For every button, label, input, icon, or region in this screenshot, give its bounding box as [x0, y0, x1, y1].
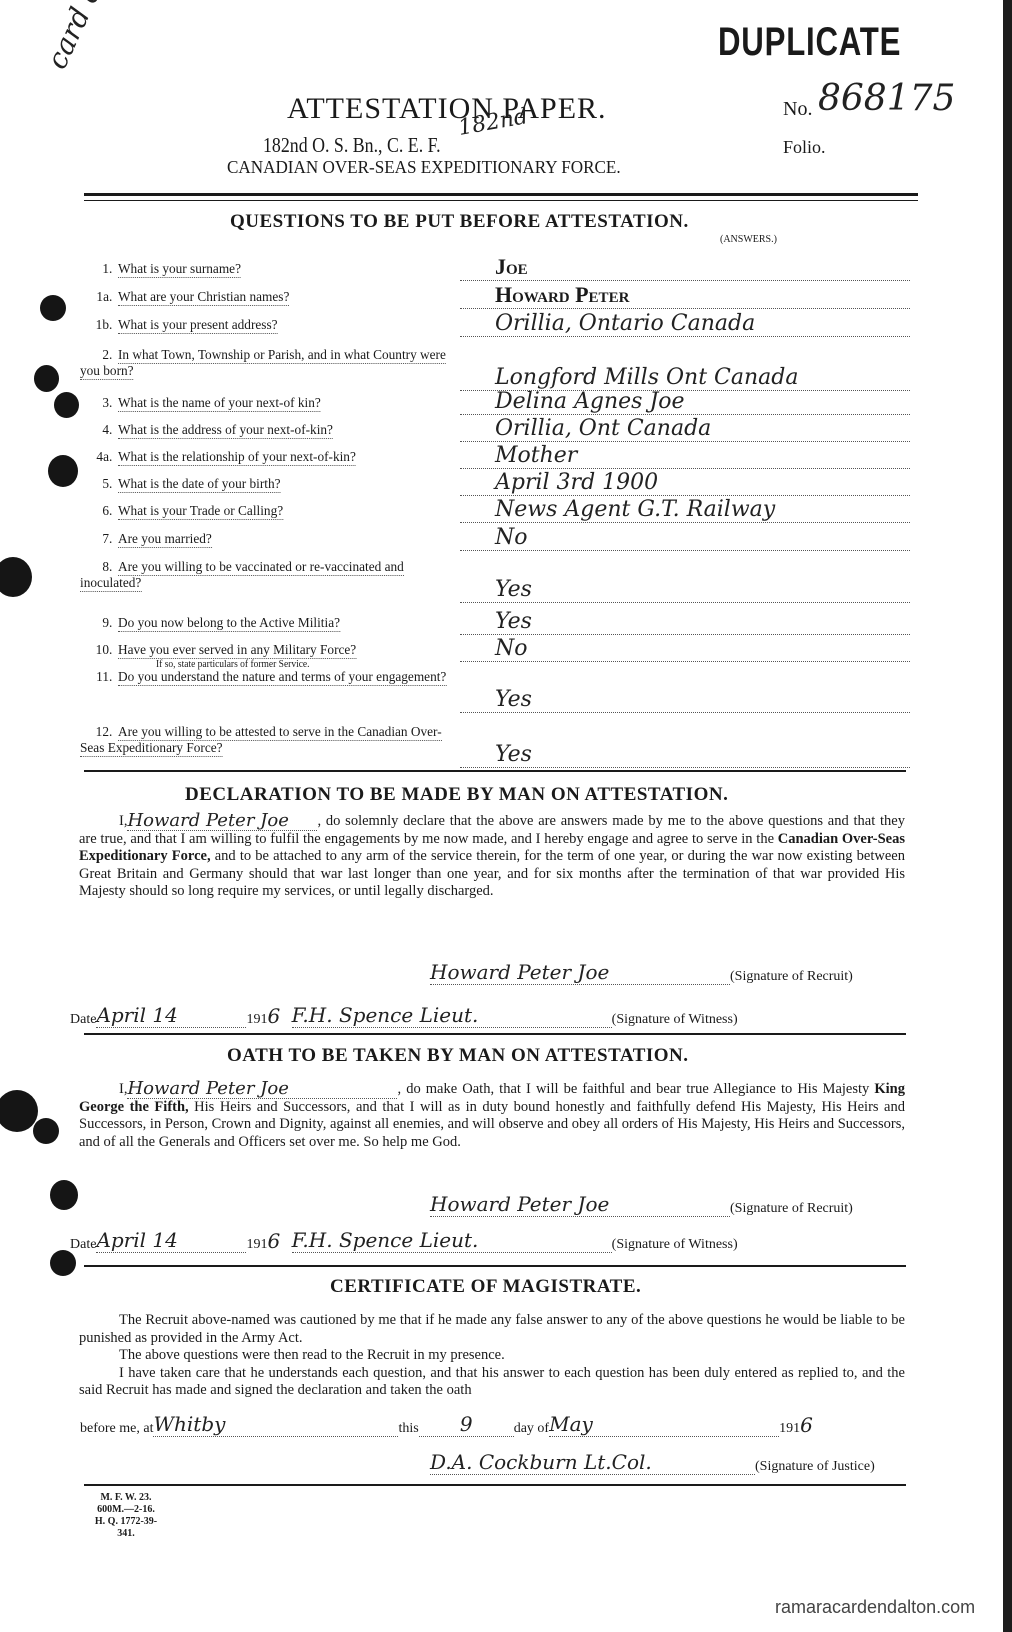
declaration-recruit-signature-line: Howard Peter Joe(Signature of Recruit)	[430, 960, 853, 985]
form-code: 600M.—2-16.	[88, 1504, 164, 1516]
answer-field: Yes	[460, 578, 910, 603]
answer-value: Yes	[495, 609, 532, 634]
question-row: 12.Are you willing to be attested to ser…	[80, 725, 460, 757]
answer-value: Howard Peter	[495, 282, 629, 308]
declaration-date-line: DateApril 141916 F.H. Spence Lieut.(Sign…	[70, 1003, 738, 1028]
witness-signature: F.H. Spence Lieut.	[292, 1003, 612, 1028]
answer-value: Joe	[495, 254, 528, 280]
answer-field: News Agent G.T. Railway	[460, 498, 910, 523]
answer-field: April 3rd 1900	[460, 471, 910, 496]
year-prefix: 191	[246, 1012, 267, 1027]
question-number: 3.	[80, 396, 112, 412]
answer-value: Longford Mills Ont Canada	[495, 365, 798, 390]
date-label: Date	[70, 1012, 96, 1027]
day-field: 9	[419, 1412, 514, 1437]
scan-edge-shadow	[1003, 0, 1012, 1632]
question-number: 6.	[80, 504, 112, 520]
answer-value: Delina Agnes Joe	[495, 389, 685, 414]
answer-field: Delina Agnes Joe	[460, 390, 910, 415]
recruit-signature: Howard Peter Joe	[430, 960, 730, 985]
year-prefix: 191	[246, 1237, 267, 1252]
question-number: 4.	[80, 423, 112, 439]
answer-value: April 3rd 1900	[495, 470, 658, 495]
folio-label: Folio.	[783, 137, 826, 158]
answer-field: Yes	[460, 610, 910, 635]
punch-hole-mark	[54, 392, 79, 418]
day-of-label: day of	[514, 1421, 549, 1436]
question-row: 1a.What are your Christian names?	[80, 290, 460, 306]
question-text: What is the relationship of your next-of…	[118, 450, 356, 466]
question-number: 12.	[80, 725, 112, 741]
punch-hole-mark	[48, 455, 78, 487]
magistrate-para-3: I have taken care that he understands ea…	[79, 1365, 905, 1400]
oath-body-1: , do make Oath, that I will be faithful …	[397, 1081, 874, 1097]
question-number: 8.	[80, 560, 112, 576]
question-number: 1b.	[80, 318, 112, 334]
question-number: 7.	[80, 532, 112, 548]
answer-value: Orillia, Ont Canada	[495, 416, 711, 441]
answer-field: Orillia, Ont Canada	[460, 417, 910, 442]
website-watermark: ramaracardendalton.com	[775, 1597, 975, 1618]
date-field: April 14	[96, 1003, 246, 1028]
magistrate-para-2: The above questions were then read to th…	[79, 1347, 905, 1365]
answer-field: Mother	[460, 444, 910, 469]
punch-hole-mark	[40, 295, 66, 321]
document-title: ATTESTATION PAPER.	[287, 92, 607, 126]
margin-annotation: card ex 6/10/16	[40, 0, 164, 74]
answer-value: News Agent G.T. Railway	[495, 497, 775, 522]
justice-signature-line: D.A. Cockburn Lt.Col.(Signature of Justi…	[430, 1450, 875, 1475]
answer-field: No	[460, 526, 910, 551]
oath-recruit-signature-line: Howard Peter Joe(Signature of Recruit)	[430, 1192, 853, 1217]
duplicate-stamp: DUPLICATE	[718, 20, 901, 65]
punch-hole-mark	[50, 1180, 78, 1210]
answer-value: Yes	[495, 687, 532, 712]
question-row: 10.Have you ever served in any Military …	[80, 643, 460, 670]
question-row: 5.What is the date of your birth?	[80, 477, 460, 493]
question-row: 4a.What is the relationship of your next…	[80, 450, 460, 466]
place-field: Whitby	[153, 1412, 398, 1437]
question-text: Are you willing to be vaccinated or re-v…	[80, 560, 404, 592]
question-note: If so, state particulars of former Servi…	[80, 659, 460, 670]
question-text: What is your surname?	[118, 262, 241, 278]
question-number: 9.	[80, 616, 112, 632]
magistrate-heading: CERTIFICATE OF MAGISTRATE.	[330, 1276, 641, 1298]
answer-value: No	[495, 525, 528, 550]
divider	[84, 1484, 906, 1486]
question-text: What is the date of your birth?	[118, 477, 281, 493]
answer-field: Yes	[460, 688, 910, 713]
punch-hole-mark	[50, 1250, 76, 1276]
justice-signature-label: (Signature of Justice)	[755, 1459, 875, 1474]
question-row: 8.Are you willing to be vaccinated or re…	[80, 560, 460, 592]
answer-value: Mother	[495, 443, 577, 468]
form-code: H. Q. 1772-39-341.	[88, 1516, 164, 1540]
question-row: 7.Are you married?	[80, 532, 460, 548]
punch-hole-mark	[0, 1090, 38, 1132]
oath-prefix: I,	[79, 1081, 127, 1097]
magistrate-para-1: The Recruit above-named was cautioned by…	[79, 1312, 905, 1347]
form-codes: M. F. W. 23. 600M.—2-16. H. Q. 1772-39-3…	[88, 1492, 164, 1540]
answer-value: Orillia, Ontario Canada	[495, 311, 755, 336]
question-text: What is your Trade or Calling?	[118, 504, 283, 520]
question-row: 6.What is your Trade or Calling?	[80, 504, 460, 520]
answer-value: Yes	[495, 577, 532, 602]
oath-date-line: DateApril 141916 F.H. Spence Lieut.(Sign…	[70, 1228, 738, 1253]
month-field: May	[549, 1412, 779, 1437]
question-row: 11.Do you understand the nature and term…	[80, 670, 460, 686]
declaration-text: I,Howard Peter Joe, do solemnly declare …	[79, 812, 905, 901]
question-row: 3.What is the name of your next-of kin?	[80, 396, 460, 412]
question-number: 5.	[80, 477, 112, 493]
witness-signature-label: (Signature of Witness)	[612, 1012, 738, 1027]
punch-hole-mark	[34, 365, 59, 392]
answer-field: Joe	[460, 256, 910, 281]
question-number: 1a.	[80, 290, 112, 306]
question-text: Are you willing to be attested to serve …	[80, 725, 442, 757]
justice-signature: D.A. Cockburn Lt.Col.	[430, 1450, 755, 1475]
question-number: 11.	[80, 670, 112, 686]
question-number: 4a.	[80, 450, 112, 466]
answers-label: (ANSWERS.)	[720, 234, 777, 245]
question-number: 1.	[80, 262, 112, 278]
date-field: April 14	[96, 1228, 246, 1253]
oath-heading: OATH TO BE TAKEN BY MAN ON ATTESTATION.	[227, 1045, 689, 1067]
witness-signature-label: (Signature of Witness)	[612, 1237, 738, 1252]
recruit-signature-label: (Signature of Recruit)	[730, 1201, 853, 1216]
magistrate-place-line: before me, atWhitbythis9day ofMay1916	[80, 1412, 813, 1437]
divider	[84, 1265, 906, 1267]
question-row: 1b.What is your present address?	[80, 318, 460, 334]
question-row: 9.Do you now belong to the Active Militi…	[80, 616, 460, 632]
magistrate-text: The Recruit above-named was cautioned by…	[79, 1312, 905, 1400]
regimental-number: 868175	[818, 78, 955, 119]
number-label: No.	[783, 98, 812, 121]
date-label: Date	[70, 1237, 96, 1252]
year-suffix: 6	[800, 1413, 813, 1437]
answer-field: Yes	[460, 743, 910, 768]
question-text: What are your Christian names?	[118, 290, 289, 306]
answer-value: No	[495, 636, 528, 661]
recruit-signature: Howard Peter Joe	[430, 1192, 730, 1217]
this-label: this	[398, 1421, 418, 1436]
question-text: Do you understand the nature and terms o…	[118, 670, 446, 686]
oath-name-field: Howard Peter Joe	[127, 1080, 397, 1099]
question-text: What is your present address?	[118, 318, 278, 334]
divider	[84, 770, 906, 772]
question-text: What is the address of your next-of-kin?	[118, 423, 333, 439]
question-row: 2.In what Town, Township or Parish, and …	[80, 348, 460, 380]
question-text: What is the name of your next-of kin?	[118, 396, 321, 412]
answer-value: Yes	[495, 742, 532, 767]
answer-field: No	[460, 637, 910, 662]
answer-field: Howard Peter	[460, 284, 910, 309]
form-code: M. F. W. 23.	[88, 1492, 164, 1504]
question-number: 2.	[80, 348, 112, 364]
declaration-prefix: I,	[79, 813, 127, 829]
answer-field: Longford Mills Ont Canada	[460, 366, 910, 391]
question-row: 1.What is your surname?	[80, 262, 460, 278]
oath-body-2: His Heirs and Successors, and that I wil…	[79, 1099, 905, 1150]
question-text: Have you ever served in any Military For…	[118, 643, 356, 659]
recruit-signature-label: (Signature of Recruit)	[730, 969, 853, 984]
oath-text: I,Howard Peter Joe, do make Oath, that I…	[79, 1080, 905, 1151]
question-text: Are you married?	[118, 532, 212, 548]
questions-heading: QUESTIONS TO BE PUT BEFORE ATTESTATION.	[230, 211, 689, 233]
before-me-label: before me, at	[80, 1421, 153, 1436]
question-row: 4.What is the address of your next-of-ki…	[80, 423, 460, 439]
question-text: In what Town, Township or Parish, and in…	[80, 348, 446, 380]
declaration-heading: DECLARATION TO BE MADE BY MAN ON ATTESTA…	[185, 784, 728, 806]
punch-hole-mark	[33, 1118, 59, 1144]
year-suffix: 6	[267, 1004, 280, 1028]
question-number: 10.	[80, 643, 112, 659]
divider	[84, 193, 918, 196]
question-text: Do you now belong to the Active Militia?	[118, 616, 340, 632]
force-line: CANADIAN OVER-SEAS EXPEDITIONARY FORCE.	[227, 157, 621, 178]
year-suffix: 6	[267, 1229, 280, 1253]
answer-field: Orillia, Ontario Canada	[460, 312, 910, 337]
divider	[84, 1033, 906, 1035]
punch-hole-mark	[0, 557, 32, 597]
divider	[84, 200, 918, 201]
battalion-line: 182nd O. S. Bn., C. E. F.	[263, 133, 441, 158]
declaration-name-field: Howard Peter Joe	[127, 812, 317, 831]
witness-signature: F.H. Spence Lieut.	[292, 1228, 612, 1253]
year-prefix: 191	[779, 1421, 800, 1436]
